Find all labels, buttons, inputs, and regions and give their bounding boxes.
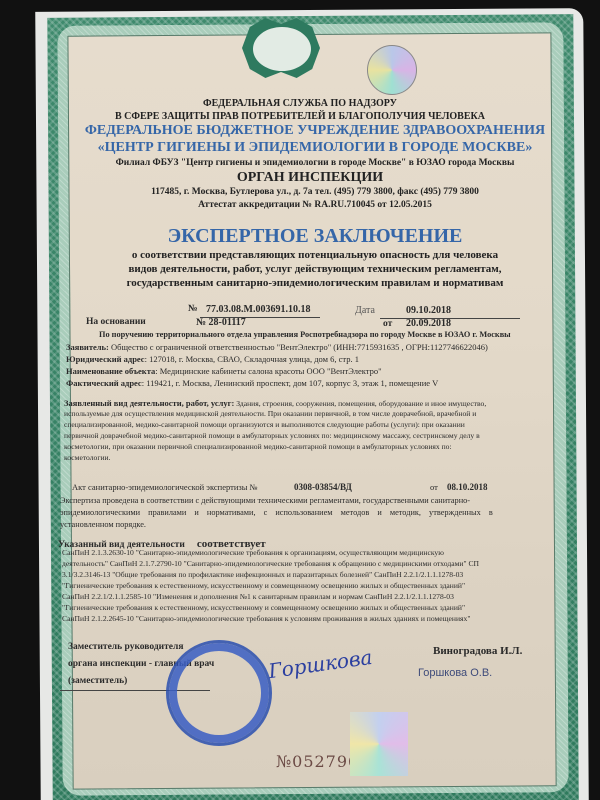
agency-line-2: В СФЕРЕ ЗАЩИТЫ ПРАВ ПОТРЕБИТЕЛЕЙ И БЛАГО… (0, 111, 600, 122)
legal-address-label: Юридический адрес (66, 354, 145, 364)
expertise-line: Экспертиза проведена в соответствии с де… (60, 496, 470, 505)
institution-line-2: «ЦЕНТР ГИГИЕНЫ И ЭПИДЕМИОЛОГИИ В ГОРОДЕ … (30, 140, 600, 156)
basis-from-label: от (383, 319, 392, 329)
activity-line: косметологии. (64, 453, 110, 462)
body-name: ОРГАН ИНСПЕКЦИИ (20, 170, 600, 186)
address: 117485, г. Москва, Бутлерова ул., д. 7а … (30, 187, 600, 197)
title-sub-3: государственным санитарно-эпидемиологиче… (30, 277, 600, 289)
basis-label: На основании (86, 317, 146, 327)
agency-line-1: ФЕДЕРАЛЬНАЯ СЛУЖБА ПО НАДЗОРУ (0, 98, 600, 109)
act-label: Акт санитарно-эпидемиологической эксперт… (72, 482, 258, 492)
activity-line: специализированной, медико-санитарной по… (64, 420, 465, 429)
object-label: Наименование объекта (66, 366, 155, 376)
actual-address-label: Фактический адрес (66, 378, 142, 388)
norm-line: СанПиН 2.1.2.2645-10 "Санитарно-эпидемио… (62, 614, 470, 623)
expertise-line: установленном порядке. (60, 520, 146, 529)
signer-position-1: Заместитель руководителя (68, 642, 183, 652)
signer-position-3: (заместитель) (68, 676, 127, 686)
norm-line: "Гигиенические требования к естественном… (62, 603, 465, 612)
activity-line: первичной доврачебной медико-санитарной … (64, 431, 480, 440)
serial-number: №052796 (276, 752, 359, 771)
official-round-stamp (166, 640, 272, 746)
norm-line: СанПиН 2.1.3.2630-10 "Санитарно-эпидемио… (62, 548, 444, 557)
norm-line: "Гигиенические требования к естественном… (62, 581, 465, 590)
title-sub-2: видов деятельности, работ, услуг действу… (30, 263, 600, 275)
activity-line: Здания, строения, сооружения, помещения,… (236, 399, 486, 408)
document-title: ЭКСПЕРТНОЕ ЗАКЛЮЧЕНИЕ (30, 225, 600, 248)
date-label: Дата (355, 305, 375, 316)
signer-name-stamp: Горшкова О.В. (418, 667, 492, 679)
activity-label: Заявленный вид деятельности, работ, услу… (64, 398, 234, 408)
conclusion-date: 09.10.2018 (406, 305, 451, 316)
object-name: Медицинские кабинеты салона красоты ООО … (160, 366, 382, 376)
basis-number: № 28-01117 (196, 317, 246, 328)
signer-name-printed: Виноградова И.Л. (433, 645, 522, 657)
basis-date: 20.09.2018 (406, 318, 451, 329)
number-label: № (188, 304, 198, 314)
applicant: Общество с ограниченной ответственностью… (111, 342, 488, 352)
legal-address: 127018, г. Москва, СВАО, Складочная улиц… (149, 354, 359, 364)
branch-name: Филиал ФБУЗ "Центр гигиены и эпидемиолог… (30, 158, 600, 168)
accreditation: Аттестат аккредитации № RA.RU.710045 от … (30, 200, 600, 210)
institution-line-1: ФЕДЕРАЛЬНОЕ БЮДЖЕТНОЕ УЧРЕЖДЕНИЕ ЗДРАВОО… (30, 123, 600, 139)
activity-line: используемые для осуществления медицинск… (64, 409, 476, 418)
norm-line: 3.1/3.2.3146-13 "Общие требования по про… (62, 570, 463, 579)
act-date: 08.10.2018 (447, 482, 488, 492)
actual-address: 119421, г. Москва, Ленинский проспект, д… (146, 378, 438, 388)
act-number: 0308-03854/ВД (294, 482, 352, 492)
title-sub-1: о соответствии представляющих потенциаль… (30, 249, 600, 261)
applicant-label: Заявитель: (66, 342, 109, 352)
expertise-line: эпидемиологическими правилами и норматив… (60, 508, 493, 517)
conclusion-number: 77.03.08.М.003691.10.18 (206, 304, 310, 315)
norm-line: СанПиН 2.2.1/2.1.1.2585-10 "Изменения и … (62, 592, 454, 601)
instruction-line: По поручению территориального отдела упр… (99, 330, 511, 339)
hologram-sticker-icon (350, 712, 408, 776)
act-from-label: от (430, 482, 438, 492)
norm-line: деятельность" СанПиН 2.1.7.2790-10 "Сани… (62, 559, 479, 568)
activity-line: косметологии, при оказании первичной спе… (64, 442, 452, 451)
hologram-seal-icon (367, 45, 417, 95)
rospotrebnadzor-emblem-icon (242, 18, 320, 78)
